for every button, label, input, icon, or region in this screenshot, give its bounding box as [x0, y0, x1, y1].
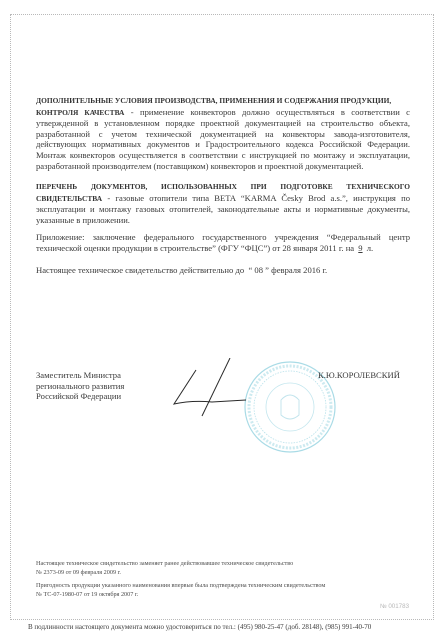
replaces-line: Настоящее техническое свидетельство заме…: [36, 560, 416, 569]
signatory-title: Заместитель Министра регионального разви…: [36, 370, 124, 402]
section-heading: ДОПОЛНИТЕЛЬНЫЕ УСЛОВИЯ ПРОИЗВОДСТВА, ПРИ…: [36, 96, 391, 105]
signatory-title-line: регионального развития: [36, 381, 124, 392]
validity-rest: февраля 2016 г.: [271, 265, 327, 275]
suitability-line: № ТС-07-1980-07 от 19 октября 2007 г.: [36, 591, 416, 600]
suitability-note: Пригодность продукции указанного наимено…: [36, 582, 416, 599]
document-serial-number: № 001783: [380, 603, 409, 610]
appendix-text: Приложение: заключение федерального госу…: [36, 232, 410, 253]
additional-conditions-section: ДОПОЛНИТЕЛЬНЫЕ УСЛОВИЯ ПРОИЗВОДСТВА, ПРИ…: [36, 95, 410, 171]
signatory-title-line: Заместитель Министра: [36, 370, 124, 381]
replaces-line: № 2373-09 от 09 февраля 2009 г.: [36, 569, 416, 578]
signatory-title-line: Российской Федерации: [36, 391, 124, 402]
replaces-note: Настоящее техническое свидетельство заме…: [36, 560, 416, 577]
suitability-line: Пригодность продукции указанного наимено…: [36, 582, 416, 591]
appendix-pages: 9: [356, 243, 364, 253]
appendix-suffix: л.: [367, 243, 373, 253]
verification-phone-note: В подлинности настоящего документа можно…: [28, 623, 371, 631]
appendix-note: Приложение: заключение федерального госу…: [36, 232, 410, 254]
section-heading-cont: КОНТРОЛЯ КАЧЕСТВА: [36, 108, 124, 117]
validity-prefix: Настоящее техническое свидетельство дейс…: [36, 265, 244, 275]
documents-list-section: ПЕРЕЧЕНЬ ДОКУМЕНТОВ, ИСПОЛЬЗОВАННЫХ ПРИ …: [36, 181, 410, 225]
signature-icon: [170, 358, 260, 418]
signatory-name: К.Ю.КОРОЛЕВСКИЙ: [318, 370, 400, 380]
validity-statement: Настоящее техническое свидетельство дейс…: [36, 265, 410, 276]
validity-day: “ 08 ”: [248, 265, 269, 275]
